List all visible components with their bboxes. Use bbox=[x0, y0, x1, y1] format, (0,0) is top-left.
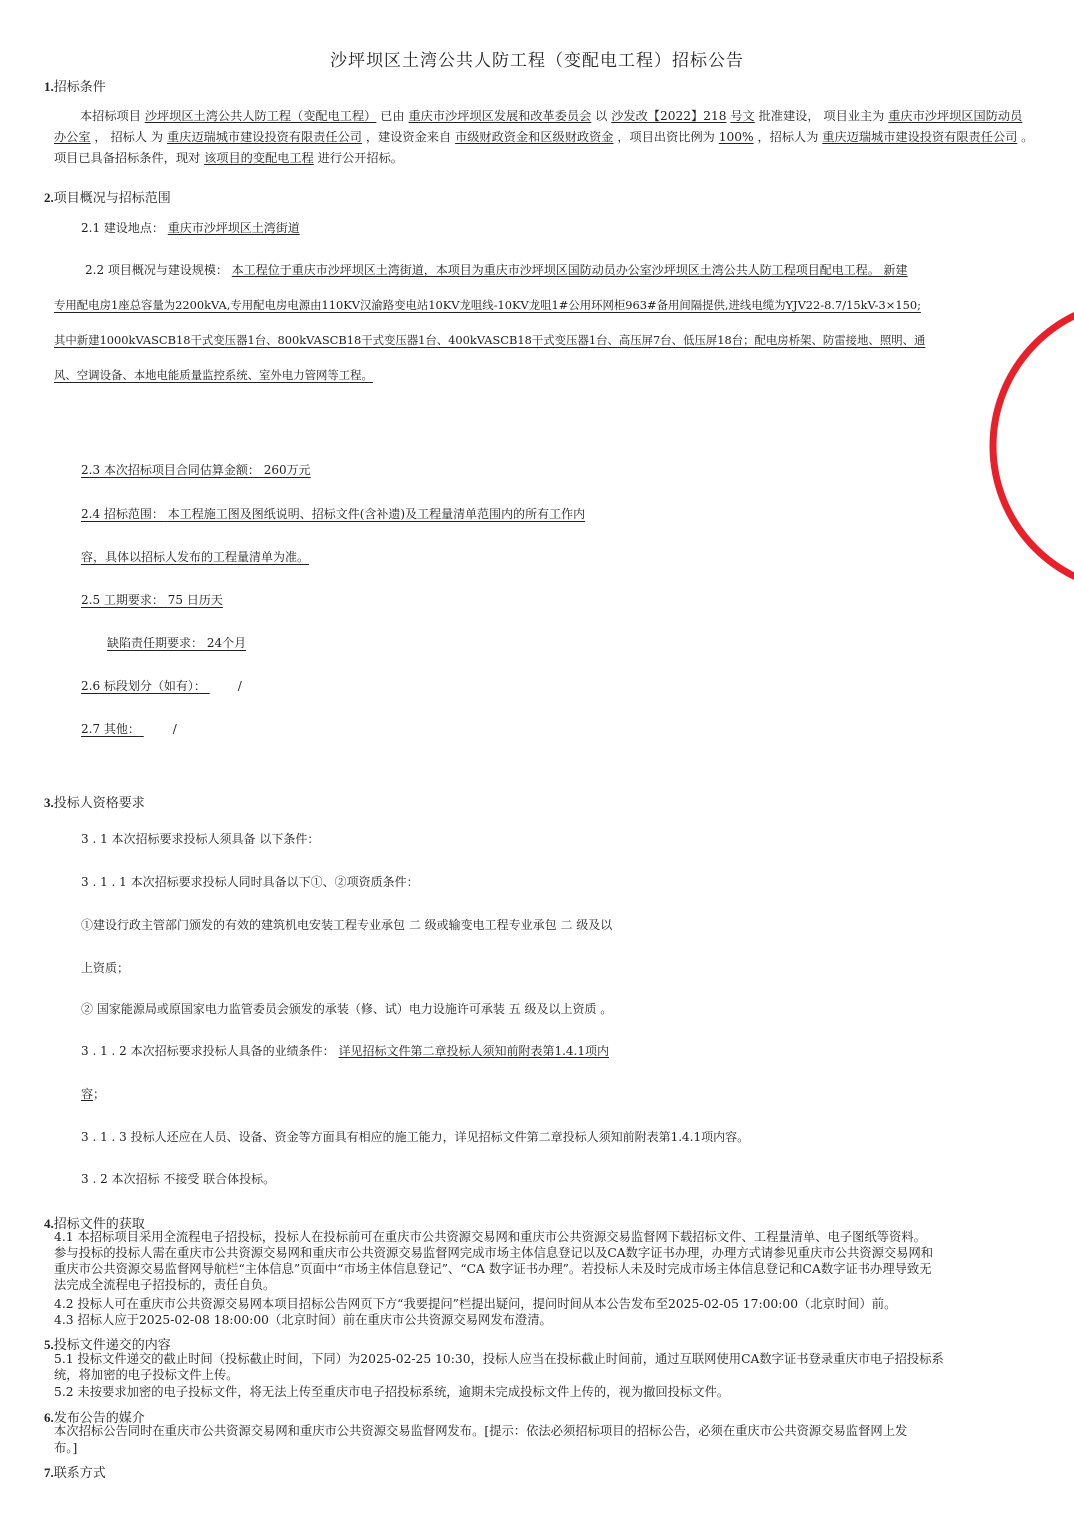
section-7-heading: 7.联系方式 bbox=[44, 1462, 106, 1481]
requirement-3-1-3: 3 . 1 . 3 投标人还应在人员、设备、资金等方面具有相应的施工能力，详见招… bbox=[81, 1128, 749, 1145]
construction-site: 2.1 建设地点： 重庆市沙坪坝区土湾街道 bbox=[81, 219, 300, 236]
section-number: 1. bbox=[44, 79, 54, 94]
section-2-heading: 2.项目概况与招标范围 bbox=[44, 187, 171, 206]
qualification-1-line-1: ①建设行政主管部门颁发的有效的建筑机电安装工程专业承包 二 级或输变电工程专业承… bbox=[81, 916, 612, 933]
requirement-3-1-2: 3 . 1 . 2 本次招标要求投标人具备的业绩条件： 详见招标文件第二章投标人… bbox=[81, 1042, 609, 1059]
contract-estimate: 2.3 本次招标项目合同估算金额： 260万元 bbox=[81, 461, 311, 478]
tender-scope-line-2: 容，具体以招标人发布的工程量清单为准。 bbox=[81, 548, 309, 565]
section-number: 3. bbox=[44, 795, 54, 810]
section-number: 7. bbox=[44, 1465, 54, 1480]
construction-period: 2.5 工期要求： 75 日历天 bbox=[81, 591, 223, 608]
section-title: 联系方式 bbox=[54, 1466, 106, 1481]
project-overview-line-2: 专用配电房1座总容量为2200kVA,专用配电房电源由110KV汉渝路变电站10… bbox=[54, 297, 921, 313]
requirement-3-1: 3 . 1 本次招标要求投标人须具备 以下条件： bbox=[81, 830, 319, 847]
construction-site-value: 重庆市沙坪坝区土湾街道 bbox=[168, 221, 300, 235]
document-title: 沙坪坝区土湾公共人防工程（变配电工程）招标公告 bbox=[0, 46, 1074, 71]
qualification-1-line-2: 上资质； bbox=[81, 959, 129, 976]
tender-scope: 该项目的变配电工程 bbox=[204, 151, 314, 165]
funding-ratio: 100% bbox=[719, 130, 754, 144]
project-overview-line-1: 本工程位于重庆市沙坪坝区土湾街道，本项目为重庆市沙坪坝区国防动员办公室沙坪坝区土… bbox=[232, 263, 908, 277]
section-number: 2. bbox=[44, 190, 54, 205]
section-4-line-1: 4.1 本招标项目采用全流程电子招投标，投标人在投标前可在重庆市公共资源交易网和… bbox=[54, 1229, 926, 1245]
contract-estimate-value: 260万元 bbox=[264, 463, 311, 477]
approver: 重庆市沙坪坝区发展和改革委员会 bbox=[409, 109, 592, 123]
section-title: 投标人资格要求 bbox=[54, 796, 145, 811]
section-1-heading: 1.招标条件 bbox=[44, 76, 106, 95]
section-4-line-5: 4.2 投标人可在重庆市公共资源交易网本项目招标公告网页下方“我要提问”栏提出疑… bbox=[54, 1296, 896, 1312]
section-3-heading: 3.投标人资格要求 bbox=[44, 792, 145, 811]
defect-liability-period: 缺陷责任期要求： 24个月 bbox=[81, 634, 246, 651]
qualification-2: ② 国家能源局或原国家电力监管委员会颁发的承装（修、试）电力设施许可承装 五 级… bbox=[81, 1000, 612, 1017]
funding-source: 市级财政资金和区级财政资金 bbox=[455, 130, 613, 144]
requirement-3-2: 3 . 2 本次招标 不接受 联合体投标。 bbox=[81, 1170, 275, 1187]
section-5-line-3: 5.2 未按要求加密的电子投标文件，将无法上传至重庆市电子招投标系统，逾期未完成… bbox=[54, 1384, 729, 1400]
section-number: 5. bbox=[44, 1337, 54, 1352]
tenderer: 重庆迈瑞城市建设投资有限责任公司 bbox=[167, 130, 362, 144]
defect-liability-value: 24个月 bbox=[207, 636, 246, 650]
section-4-line-6: 4.3 招标人应于2025-02-08 18:00:00（北京时间）前在重庆市公… bbox=[54, 1312, 552, 1328]
tenderer-2: 重庆迈瑞城市建设投资有限责任公司 bbox=[822, 130, 1017, 144]
section-number: 6. bbox=[44, 1410, 54, 1425]
tender-scope-line-1: 2.4 招标范围： 本工程施工图及图纸说明、招标文件(含补遗)及工程量清单范围内… bbox=[81, 505, 585, 522]
requirement-3-1-1: 3 . 1 . 1 本次招标要求投标人同时具备以下①、②项资质条件： bbox=[81, 873, 419, 890]
other-info-value: / bbox=[144, 722, 206, 736]
project-overview-line-4: 风、空调设备、本地电能质量监控系统、室外电力管网等工程。 bbox=[54, 367, 373, 383]
section-4-line-4: 法完成全流程电子招投标的，责任自负。 bbox=[54, 1277, 275, 1293]
section-title: 项目概况与招标范围 bbox=[54, 191, 171, 206]
section-6-line-1: 本次招标公告同时在重庆市公共资源交易网和重庆市公共资源交易监督网发布。[提示：依… bbox=[54, 1423, 907, 1439]
lot-division-value: / bbox=[210, 679, 270, 693]
section-5-line-1: 5.1 投标文件递交的截止时间（投标截止时间，下同）为2025-02-25 10… bbox=[54, 1351, 944, 1367]
project-overview-label-line: 2.2 项目概况与建设规模： 本工程位于重庆市沙坪坝区土湾街道，本项目为重庆市沙… bbox=[85, 261, 908, 278]
seal-icon: 重庆市沙坪坝区 bbox=[988, 296, 1074, 596]
official-seal-stamp: 重庆市沙坪坝区 bbox=[988, 296, 1074, 596]
section-1-paragraph: 本招标项目 沙坪坝区土湾公共人防工程（变配电工程） 已由 重庆市沙坪坝区发展和改… bbox=[54, 106, 1034, 169]
section-title: 招标条件 bbox=[54, 80, 106, 95]
section-5-line-2: 统，将加密的电子投标文件上传。 bbox=[54, 1367, 238, 1383]
section-6-line-2: 布。] bbox=[54, 1440, 77, 1456]
performance-requirement: 详见招标文件第二章投标人须知前附表第1.4.1项内 bbox=[338, 1044, 609, 1058]
requirement-3-1-2-cont: 容； bbox=[81, 1085, 105, 1102]
project-name: 沙坪坝区土湾公共人防工程（变配电工程） bbox=[145, 109, 377, 123]
section-number: 4. bbox=[44, 1216, 54, 1231]
approval-doc-number: 沙发改【2022】218 bbox=[611, 109, 726, 123]
lot-division: 2.6 标段划分（如有）： / bbox=[81, 677, 270, 694]
other-info: 2.7 其他： / bbox=[81, 720, 206, 737]
section-4-line-3: 重庆市公共资源交易监督网导航栏“主体信息”页面中“市场主体信息登记”、“CA 数… bbox=[54, 1261, 932, 1277]
construction-period-days: 75 bbox=[168, 593, 183, 607]
project-overview-line-3: 其中新建1000kVASCB18干式变压器1台、800kVASCB18干式变压器… bbox=[54, 332, 925, 348]
section-4-line-2: 参与投标的投标人需在重庆市公共资源交易网和重庆市公共资源交易监督网完成市场主体信… bbox=[54, 1245, 933, 1261]
